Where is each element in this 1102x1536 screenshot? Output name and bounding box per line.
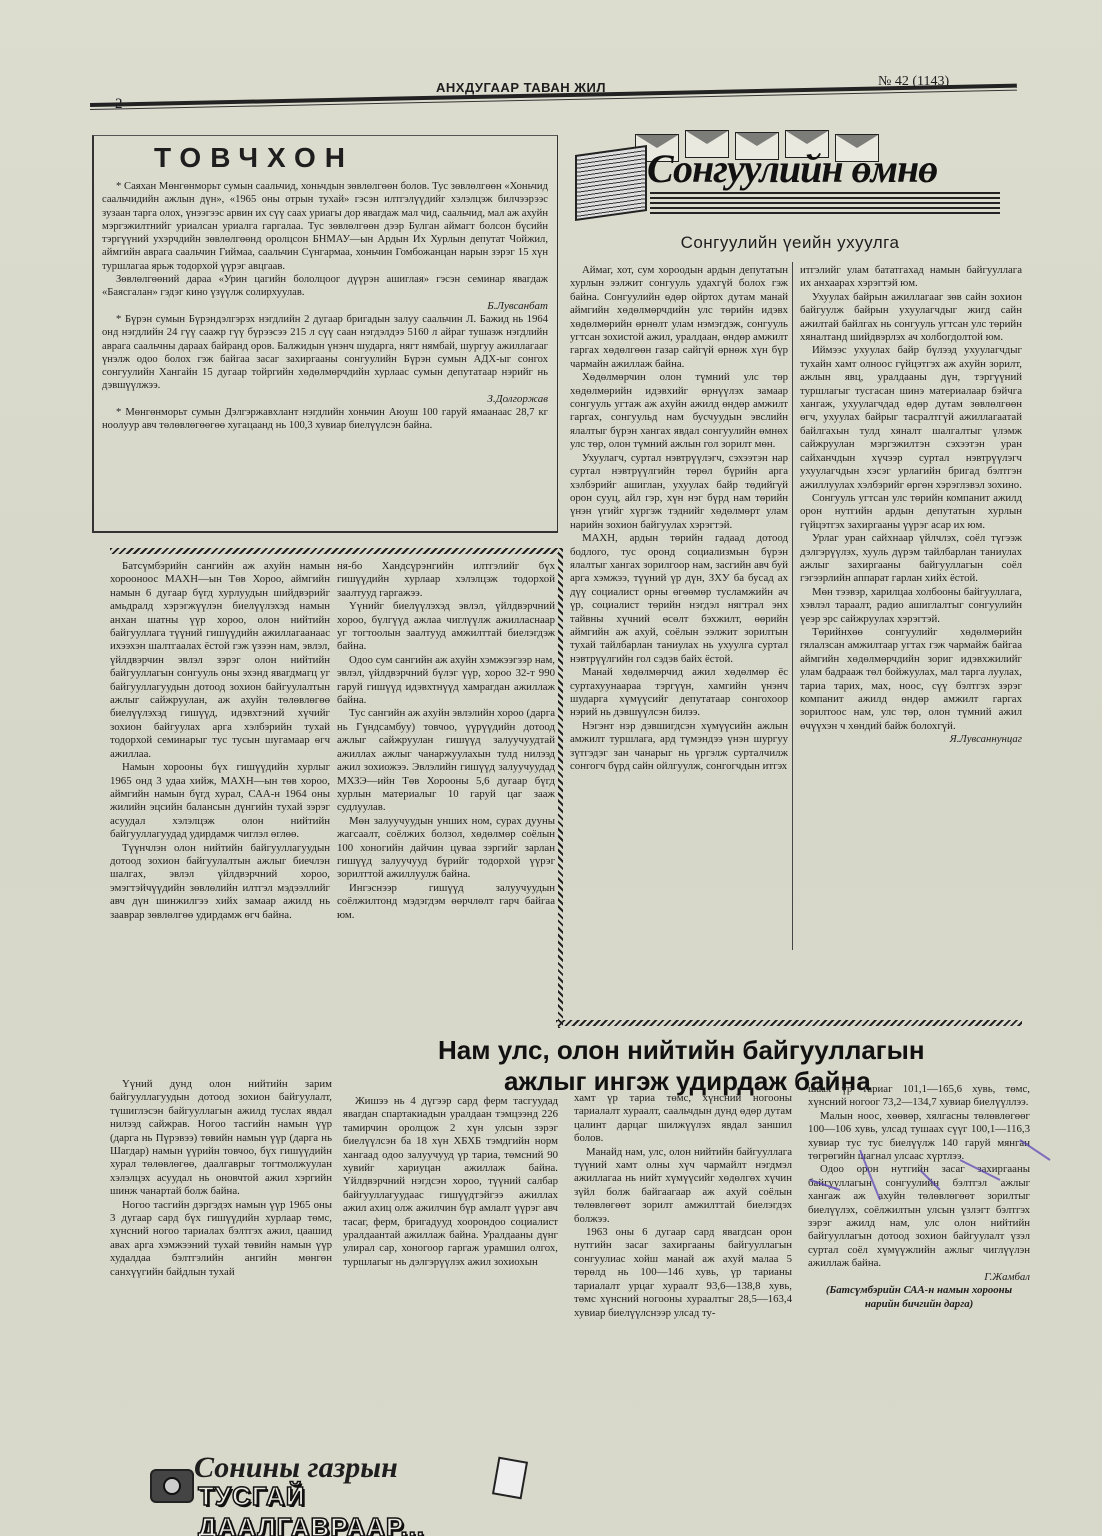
ballot-box-icon <box>575 145 647 221</box>
paragraph: Хөдөлмөрчин олон түмний улс төр хөдөлмөр… <box>570 371 788 451</box>
logo-script-text: Сонины газрын <box>194 1451 398 1485</box>
paragraph: Мөн залуучуудын унших ном, сурах дууны ж… <box>337 815 555 882</box>
paragraph: Үүний дунд олон нийтийн зарим байгууллаг… <box>110 1078 332 1199</box>
main-column-lower-1: Үүний дунд олон нийтийн зарим байгууллаг… <box>110 1078 332 1279</box>
newspaper-page: 2 АНХДУГААР ТАВАН ЖИЛ № 42 (1143) ТОВЧХО… <box>0 0 1102 1536</box>
paragraph: Одоо орон нутгийн засаг захиргааны байгу… <box>808 1163 1030 1270</box>
paragraph: хамт үр тариа төмс, хүнсний ногооны тари… <box>574 1092 792 1146</box>
tovchkhon-title: ТОВЧХОН <box>94 142 414 174</box>
news-item: Зөвлөлгөөний дараа «Урин цагийн бололцоо… <box>102 273 548 300</box>
paragraph: Одоо сум сангийн аж ахуйн хэмжээгээр нам… <box>337 654 555 708</box>
main-column-lower-3: хамт үр тариа төмс, хүнсний ногооны тари… <box>574 1092 792 1320</box>
signature: Г.Жамбал <box>808 1271 1030 1284</box>
signature: Я.Лувсаннунцаг <box>800 733 1022 746</box>
news-item: * Саяхан Мөнгөнморьт сумын саальчид, хон… <box>102 180 548 273</box>
banner-lines <box>650 192 1000 214</box>
tovchkhon-box: ТОВЧХОН * Саяхан Мөнгөнморьт сумын сааль… <box>92 135 558 533</box>
special-assignment-logo: Сонины газрын ТУСГАЙ ДААЛГАВРААР... <box>150 1455 530 1515</box>
paragraph: Аймаг, хот, сум хороодын ардын депутатын… <box>570 264 788 371</box>
wavy-border <box>556 1020 1022 1026</box>
paragraph: Малын ноос, хөөвөр, хялгасны төлөвлөгөөг… <box>808 1110 1030 1164</box>
news-item: * Мөнгөнморьт сумын Дэлгэржавхлант нэгдл… <box>102 406 548 433</box>
paragraph: Нэгэнт нэр дэвшигдсэн хүмүүсийн ажлын ам… <box>570 720 788 774</box>
main-column-2: ня-бо Хандсүрэнгийн илтгэлийг бүх гишүүд… <box>337 560 555 922</box>
wavy-border-vertical <box>558 548 563 1028</box>
paragraph: Ногоо тасгийн дэргэдэх намын үүр 1965 он… <box>110 1199 332 1279</box>
paragraph: Түүнчлэн олон нийтийн байгууллагуудын до… <box>110 842 330 922</box>
signature: З.Долгоржав <box>102 393 548 406</box>
paragraph: Намын хорооны бүх гишүүдийн хурлыг 1965 … <box>110 761 330 841</box>
camera-icon <box>150 1469 194 1503</box>
paragraph: МАХН, ардын төрийн гадаад дотоод бодлого… <box>570 532 788 666</box>
news-item: * Бүрэн сумын Бүрэндэлгэрэх нэгдлийн 2 д… <box>102 313 548 393</box>
paragraph: Ингэснээр гишүүд залуучуудын соёлжилтонд… <box>337 882 555 922</box>
paragraph: итгэлийг улам бататгахад намын байгуулла… <box>800 264 1022 291</box>
logo-block-text: ТУСГАЙ ДААЛГАВРААР... <box>198 1481 530 1536</box>
signature-role: (Батсүмбэрийн САА-н намын хорооны нарийн… <box>808 1284 1030 1311</box>
column-divider <box>792 262 793 950</box>
election-column-1: Аймаг, хот, сум хороодын ардын депутатын… <box>570 264 788 773</box>
main-column-1: Батсүмбэрийн сангийн аж ахуйн намын хоро… <box>110 560 330 922</box>
paragraph: Ухуулагч, суртал нэвтрүүлэгч, сэхээтэн н… <box>570 452 788 532</box>
paragraph: Үүнийг биелүүлэхэд эвлэл, үйлдвэрчний хо… <box>337 600 555 654</box>
election-article-title: Сонгуулийн үеийн ухуулга <box>565 233 1015 253</box>
paragraph: Ухуулах байрын ажиллагааг зөв сайн зохио… <box>800 291 1022 345</box>
banner-title: Сонгуулийн өмнө <box>647 145 937 192</box>
paragraph: Тус сангийн аж ахуйн эвлэлийн хороо (дар… <box>337 707 555 814</box>
wavy-border <box>110 548 558 554</box>
paragraph: Мөн тээвэр, харилцаа холбооны байгууллаг… <box>800 586 1022 626</box>
paragraph: Манайд нам, улс, олон нийтийн байгууллаг… <box>574 1146 792 1226</box>
main-column-lower-2: Жишээ нь 4 дүгээр сард ферм тасгуудад яв… <box>343 1095 558 1269</box>
paragraph: Манай хөдөлмөрчид ажил хөдөлмөр ёс сурта… <box>570 666 788 720</box>
tovchkhon-body: * Саяхан Мөнгөнморьт сумын саальчид, хон… <box>102 180 548 433</box>
paragraph: Урлаг уран сайхнаар үйлчлэх, соёл түгээж… <box>800 532 1022 586</box>
election-banner: Сонгуулийн өмнө <box>575 130 1005 220</box>
paragraph: Төрийнхөө сонгуулийг хөдөлмөрийн гялалзс… <box>800 626 1022 733</box>
paragraph: шаах үр тариаг 101,1—165,6 хувь, төмс, х… <box>808 1083 1030 1110</box>
paragraph: Иймээс ухуулах байр бүлээд ухуулагчдыг т… <box>800 344 1022 491</box>
main-headline-line-1: Нам улс, олон нийтийн байгууллагын <box>438 1036 925 1064</box>
paragraph: ня-бо Хандсүрэнгийн илтгэлийг бүх гишүүд… <box>337 560 555 600</box>
paragraph: Сонгууль угтсан улс төрийн компанит ажил… <box>800 492 1022 532</box>
signature: Б.Лувсанбат <box>102 300 548 313</box>
election-column-2: итгэлийг улам бататгахад намын байгуулла… <box>800 264 1022 747</box>
paragraph: 1963 оны 6 дугаар сард явагдсан орон нут… <box>574 1226 792 1320</box>
paragraph: Жишээ нь 4 дүгээр сард ферм тасгуудад яв… <box>343 1095 558 1269</box>
main-column-lower-4: шаах үр тариаг 101,1—165,6 хувь, төмс, х… <box>808 1083 1030 1311</box>
paragraph: Батсүмбэрийн сангийн аж ахуйн намын хоро… <box>110 560 330 761</box>
